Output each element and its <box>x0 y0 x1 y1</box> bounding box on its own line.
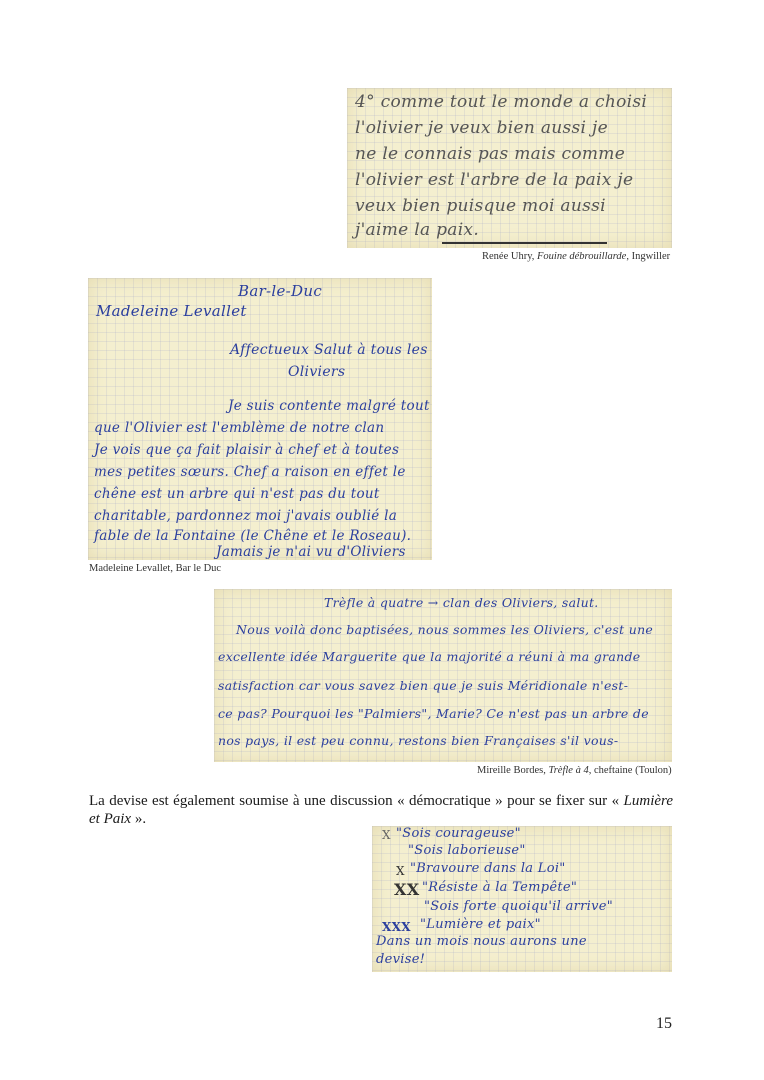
motto-option: "Sois forte quoiqu'il arrive" <box>424 899 613 914</box>
handwritten-line: que l'Olivier est l'emblème de notre cla… <box>94 420 384 436</box>
letter-scan-uhry: 4° comme tout le monde a choisi l'olivie… <box>347 88 672 248</box>
motto-option: "Résiste à la Tempête" <box>422 880 577 895</box>
caption-author: Renée Uhry, <box>482 251 537 262</box>
handwritten-line: nos pays, il est peu connu, restons bien… <box>218 733 618 748</box>
caption-totem: Fouine débrouillarde <box>537 251 626 262</box>
vote-mark: XX <box>394 880 419 899</box>
letter-scan-levallet: Bar-le-Duc Madeleine Levallet Affectueux… <box>88 278 432 560</box>
caption-role: , cheftaine (Toulon) <box>589 765 672 776</box>
handwritten-line: l'olivier je veux bien aussi je <box>355 118 608 138</box>
motto-option: "Sois laborieuse" <box>408 843 526 858</box>
handwritten-line: Jamais je n'ai vu d'Oliviers <box>216 544 406 560</box>
caption-place: , Ingwiller <box>626 251 670 262</box>
signature-underline <box>442 242 607 244</box>
motto-option: "Bravoure dans la Loi" <box>410 861 566 876</box>
motto-vote-scan: X "Sois courageuse" "Sois laborieuse" X … <box>372 826 672 972</box>
handwritten-place: Bar-le-Duc <box>238 282 322 300</box>
handwritten-line: Je vois que ça fait plaisir à chef et à … <box>94 442 399 458</box>
page-number: 15 <box>656 1015 672 1033</box>
motto-option: "Lumière et paix" <box>420 917 541 932</box>
letter-scan-bordes: Trèfle à quatre → clan des Oliviers, sal… <box>214 589 672 762</box>
handwritten-line: charitable, pardonnez moi j'avais oublié… <box>94 508 397 524</box>
motto-option: "Sois courageuse" <box>396 826 521 841</box>
handwritten-line: Dans un mois nous aurons une <box>376 934 587 949</box>
paragraph-text-end: ». <box>131 811 146 827</box>
paragraph-text: La devise est également soumise à une di… <box>89 793 624 809</box>
handwritten-line: excellente idée Marguerite que la majori… <box>218 649 640 664</box>
caption-uhry: Renée Uhry, Fouine débrouillarde, Ingwil… <box>482 251 670 262</box>
handwritten-line: ce pas? Pourquoi les "Palmiers", Marie? … <box>218 706 649 721</box>
handwritten-line: mes petites sœurs. Chef a raison en effe… <box>94 464 406 480</box>
caption-totem: Trèfle à 4 <box>548 765 588 776</box>
vote-mark: X <box>396 864 405 878</box>
handwritten-line: j'aime la paix. <box>355 220 479 240</box>
caption-author: Mireille Bordes, <box>477 765 548 776</box>
caption-levallet: Madeleine Levallet, Bar le Duc <box>89 563 221 574</box>
handwritten-line: 4° comme tout le monde a choisi <box>355 92 647 112</box>
handwritten-name: Madeleine Levallet <box>96 302 247 320</box>
handwritten-line: veux bien puisque moi aussi <box>355 196 606 216</box>
handwritten-line: fable de la Fontaine (le Chêne et le Ros… <box>94 528 411 544</box>
handwritten-line: satisfaction car vous savez bien que je … <box>218 678 628 693</box>
body-paragraph: La devise est également soumise à une di… <box>89 792 673 828</box>
caption-bordes: Mireille Bordes, Trèfle à 4, cheftaine (… <box>477 765 672 776</box>
handwritten-line: Affectueux Salut à tous les <box>230 342 428 358</box>
handwritten-line: devise! <box>376 952 425 967</box>
handwritten-line: Je suis contente malgré tout <box>228 398 430 414</box>
vote-mark: XXX <box>382 920 411 934</box>
handwritten-line: l'olivier est l'arbre de la paix je <box>355 170 633 190</box>
handwritten-line: Nous voilà donc baptisées, nous sommes l… <box>236 622 653 637</box>
handwritten-line: Oliviers <box>288 364 345 380</box>
handwritten-line: ne le connais pas mais comme <box>355 144 625 164</box>
handwritten-line: chêne est un arbre qui n'est pas du tout <box>94 486 380 502</box>
handwritten-heading: Trèfle à quatre → clan des Oliviers, sal… <box>324 595 599 610</box>
vote-mark: X <box>382 828 391 842</box>
